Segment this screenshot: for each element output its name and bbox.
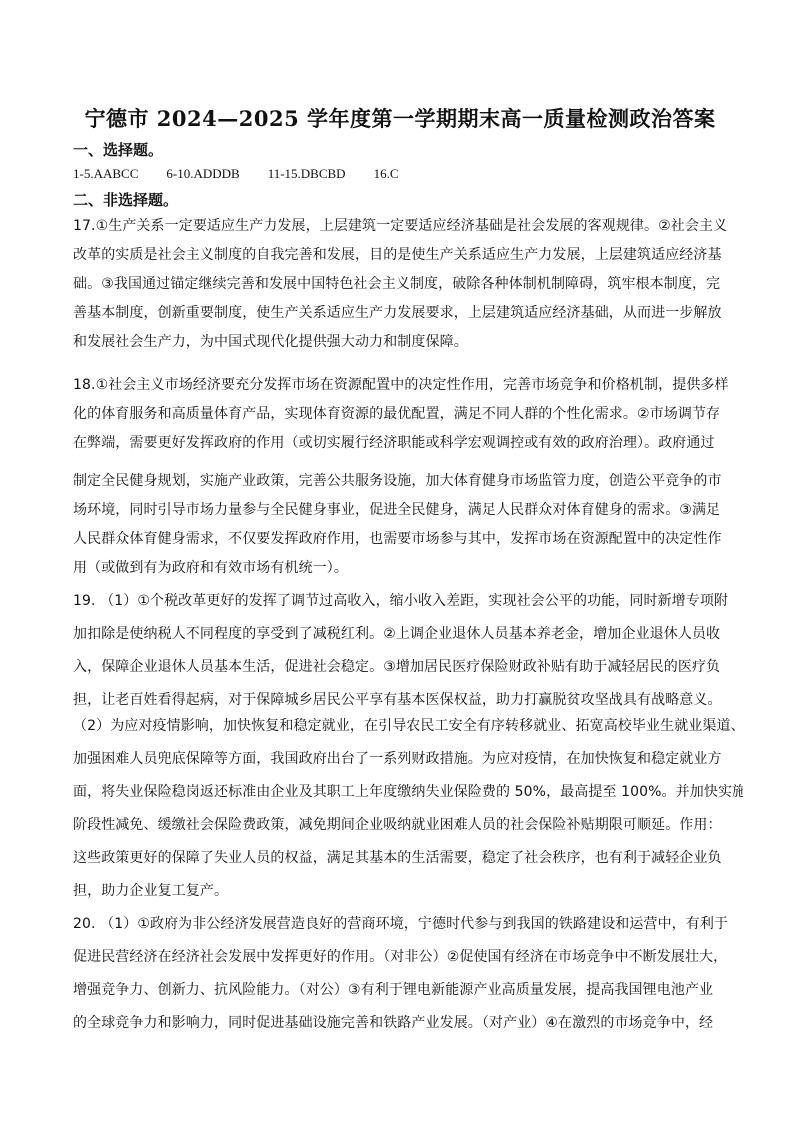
answer-line: 人民群众体育健身需求，不仅要发挥政府作用，也需要市场参与其中，发挥市场在资源配置… [73,528,743,548]
answer-line: 场环境，同时引导市场力量参与全民健身事业，促进全民健身，满足人民群众对体育健身的… [73,499,743,519]
answer-line: 促进民营经济在经济社会发展中发挥更好的作用。（对非公）②促使国有经济在市场竞争中… [73,946,743,966]
answer-line: 化的体育服务和高质量体育产品，实现体育资源的最优配置，满足不同人群的个性化需求。… [73,403,743,423]
answer-line: 担，让老百姓看得起病，对于保障城乡居民公平享有基本医保权益，助力打赢脱贫攻坚战具… [73,689,743,709]
answer-group: 1-5.AABCC [73,166,138,181]
answer-group: 11-15.DBCBD [268,166,346,181]
answer-line: 础。③我国通过锚定继续完善和发展中国特色社会主义制度，破除各种体制机制障碍，筑牢… [73,273,743,293]
answer-line: 阶段性减免、缓缴社会保险费政策，减免期间企业吸纳就业困难人员的社会保险补贴期限可… [73,814,743,834]
document-title: 宁德市 2024—2025 学年度第一学期期末高一质量检测政治答案 [0,103,800,133]
answer-line: 入，保障企业退休人员基本生活，促进社会稳定。③增加居民医疗保险财政补贴有助于减轻… [73,656,743,676]
answer-line: 面，将失业保险稳岗返还标准由企业及其职工上年度缴纳失业保险费的 50%，最高提至… [73,781,743,801]
answer-line: 加强困难人员兜底保障等方面，我国政府出台了一系列财政措施。为应对疫情，在加快恢复… [73,748,743,768]
section-heading-multiple-choice: 一、选择题。 [73,139,163,160]
section-heading-non-multiple-choice: 二、非选择题。 [73,189,178,210]
answer-line: 善基本制度，创新重要制度，使生产关系适应生产力发展要求，上层建筑适应经济基础，从… [73,302,743,322]
answer-group: 6-10.ADDDB [166,166,239,181]
answer-line: （2）为应对疫情影响，加快恢复和稳定就业，在引导农民工安全有序转移就业、拓宽高校… [73,715,743,735]
answer-line: 和发展社会生产力，为中国式现代化提供强大动力和制度保障。 [73,331,743,351]
answer-line: 担，助力企业复工复产。 [73,880,743,900]
answer-line: 19. （1）①个税改革更好的发挥了调节过高收入，缩小收入差距，实现社会公平的功… [73,590,743,610]
answer-line: 17.①生产关系一定要适应生产力发展，上层建筑一定要适应经济基础是社会发展的客观… [73,215,743,235]
answer-line: 增强竞争力、创新力、抗风险能力。（对公）③有利于锂电新能源产业高质量发展，提高我… [73,979,743,999]
document-page: 宁德市 2024—2025 学年度第一学期期末高一质量检测政治答案 一、选择题。… [0,0,800,1132]
answer-line: 加扣除是使纳税人不同程度的享受到了减税红利。②上调企业退休人员基本养老金，增加企… [73,623,743,643]
answer-line: 改革的实质是社会主义制度的自我完善和发展，目的是使生产关系适应生产力发展，上层建… [73,244,743,264]
answer-line: 在弊端，需要更好发挥政府的作用（或切实履行经济职能或科学宏观调控或有效的政府治理… [73,432,743,452]
answer-line: 20. （1）①政府为非公经济发展营造良好的营商环境，宁德时代参与到我国的铁路建… [73,913,743,933]
answer-line: 这些政策更好的保障了失业人员的权益，满足其基本的生活需要，稳定了社会秩序，也有利… [73,847,743,867]
answer-group: 16.C [374,166,399,181]
answer-line: 的全球竞争力和影响力，同时促进基础设施完善和铁路产业发展。（对产业）④在激烈的市… [73,1012,743,1032]
answer-line: 18.①社会主义市场经济要充分发挥市场在资源配置中的决定性作用，完善市场竞争和价… [73,374,743,394]
multiple-choice-answers: 1-5.AABCC6-10.ADDDB11-15.DBCBD16.C [73,166,427,182]
answer-line: 用（或做到有为政府和有效市场有机统一）。 [73,557,743,577]
answer-line: 制定全民健身规划，实施产业政策，完善公共服务设施，加大体育健身市场监管力度，创造… [73,470,743,490]
